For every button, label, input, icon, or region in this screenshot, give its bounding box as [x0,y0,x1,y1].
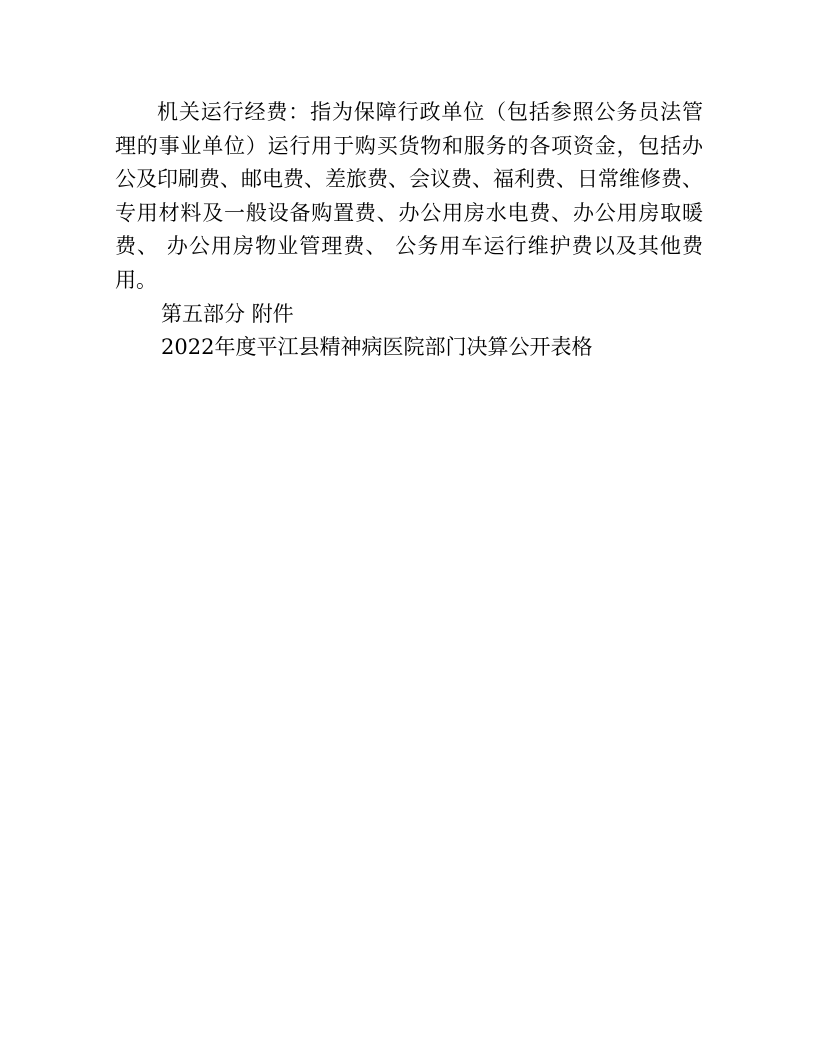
paragraph-line: 公及印刷费、邮电费、差旅费、会议费、福利费、日常维修费、 [115,163,703,197]
document-page: 机关运行经费：指为保障行政单位（包括参照公务员法管 理的事业单位）运行用于购买货… [0,0,816,1056]
paragraph-line: 理的事业单位）运行用于购买货物和服务的各项资金，包括办 [115,130,703,164]
text-block: 机关运行经费：指为保障行政单位（包括参照公务员法管 理的事业单位）运行用于购买货… [115,96,703,365]
paragraph-line: 专用材料及一般设备购置费、办公用房水电费、办公用房取暖 [115,197,703,231]
section-heading: 第五部分 附件 [115,298,703,332]
attachment-title: 2022年度平江县精神病医院部门决算公开表格 [115,331,703,365]
paragraph-line: 用。 [115,264,703,298]
paragraph-line: 费、 办公用房物业管理费、 公务用车运行维护费以及其他费 [115,230,703,264]
paragraph-line: 机关运行经费：指为保障行政单位（包括参照公务员法管 [115,96,703,130]
